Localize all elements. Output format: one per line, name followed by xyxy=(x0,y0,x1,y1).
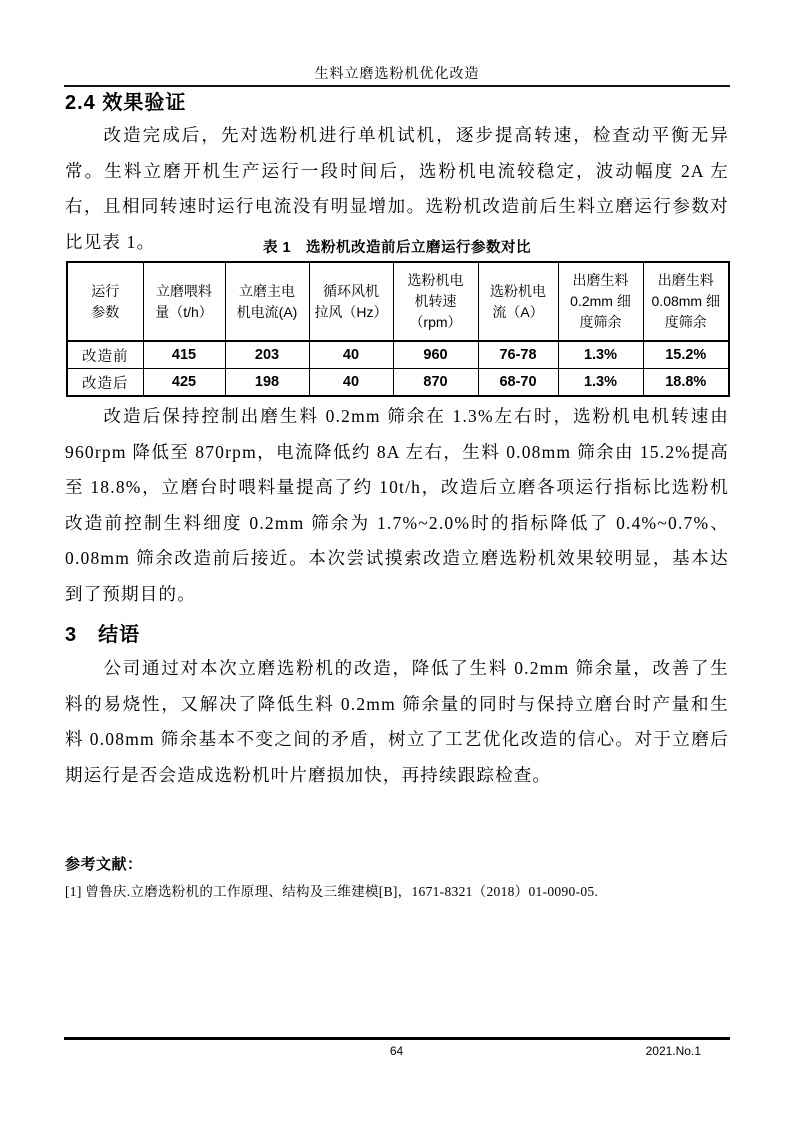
section-3-heading: 3 结语 xyxy=(65,624,140,647)
table-header-cell: 选粉机电 流（A） xyxy=(478,262,558,341)
table-cell: 1.3% xyxy=(558,369,643,397)
table-header-cell: 循环风机 拉风（Hz） xyxy=(309,262,393,341)
parameters-table: 运行 参数 立磨喂料 量（t/h） 立磨主电 机电流(A) 循环风机 拉风（Hz… xyxy=(66,261,730,397)
table-cell: 198 xyxy=(225,369,309,397)
table-header-cell: 运行 参数 xyxy=(67,262,143,341)
table-cell: 1.3% xyxy=(558,341,643,369)
table-header-cell: 立磨主电 机电流(A) xyxy=(225,262,309,341)
document-page: 生料立磨选粉机优化改造 2.4 效果验证 改造完成后，先对选粉机进行单机试机，逐… xyxy=(0,0,793,1122)
table-cell: 改造前 xyxy=(67,341,143,369)
table-cell: 15.2% xyxy=(643,341,729,369)
table-cell: 960 xyxy=(393,341,478,369)
header-rule xyxy=(64,85,730,87)
table-cell: 40 xyxy=(309,341,393,369)
references-heading: 参考文献： xyxy=(65,853,143,874)
section-2-4-paragraph-2: 改造后保持控制出磨生料 0.2mm 筛余在 1.3%左右时，选粉机电机转速由 9… xyxy=(65,399,729,612)
table-cell: 415 xyxy=(143,341,225,369)
table-header-cell: 立磨喂料 量（t/h） xyxy=(143,262,225,341)
section-3-paragraph: 公司通过对本次立磨选粉机的改造，降低了生料 0.2mm 筛余量，改善了生料的易烧… xyxy=(65,651,729,793)
section-2-4-heading: 2.4 效果验证 xyxy=(65,92,186,115)
running-title: 生料立磨选粉机优化改造 xyxy=(65,63,729,83)
table-cell: 870 xyxy=(393,369,478,397)
footer-rule xyxy=(64,1037,730,1040)
table-cell: 76-78 xyxy=(478,341,558,369)
table-cell: 18.8% xyxy=(643,369,729,397)
table-header-cell: 出磨生料 0.2mm 细 度筛余 xyxy=(558,262,643,341)
table-cell: 68-70 xyxy=(478,369,558,397)
table-caption: 表 1 选粉机改造前后立磨运行参数对比 xyxy=(65,236,729,257)
table-header-row: 运行 参数 立磨喂料 量（t/h） 立磨主电 机电流(A) 循环风机 拉风（Hz… xyxy=(67,262,729,341)
table-cell: 425 xyxy=(143,369,225,397)
table-header-cell: 出磨生料 0.08mm 细 度筛余 xyxy=(643,262,729,341)
table-header-cell: 选粉机电 机转速 （rpm） xyxy=(393,262,478,341)
footer-issue-label: 2021.No.1 xyxy=(646,1044,701,1058)
table-row: 改造后 425 198 40 870 68-70 1.3% 18.8% xyxy=(67,369,729,397)
table-cell: 40 xyxy=(309,369,393,397)
table-cell: 改造后 xyxy=(67,369,143,397)
reference-item: [1] 曾鲁庆.立磨选粉机的工作原理、结构及三维建模[B]，1671-8321（… xyxy=(65,880,729,900)
table-row: 改造前 415 203 40 960 76-78 1.3% 15.2% xyxy=(67,341,729,369)
table-cell: 203 xyxy=(225,341,309,369)
